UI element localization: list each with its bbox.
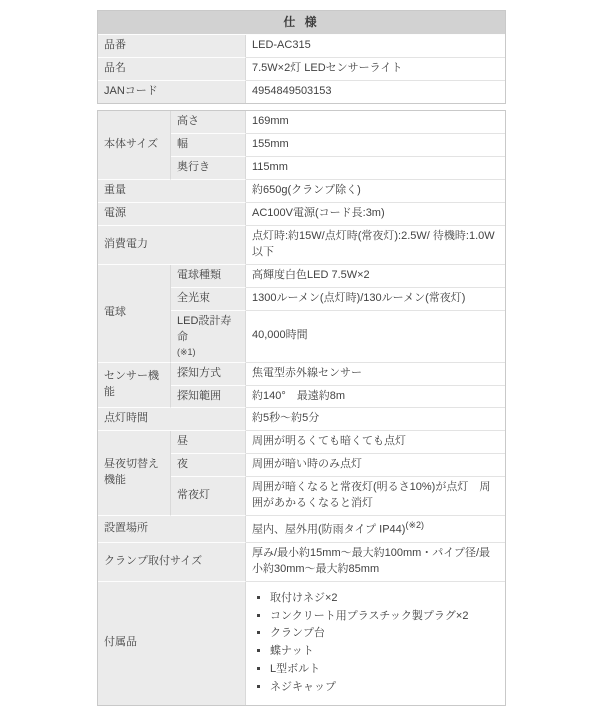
table-row: 点灯時間 約5秒〜約5分: [98, 408, 505, 431]
table-row: 品名 7.5W×2灯 LEDセンサーライト: [98, 58, 505, 81]
row-label-clamp-size: クランプ取付サイズ: [98, 543, 246, 582]
spec-summary-table: 仕 様 品番 LED-AC315 品名 7.5W×2灯 LEDセンサーライト J…: [97, 10, 506, 104]
table-row: クランプ取付サイズ 厚み/最小約15mm〜最大約100mm・パイプ径/最小約30…: [98, 543, 505, 582]
table-row: センサー機能 探知方式 焦電型赤外線センサー: [98, 363, 505, 386]
spec-title: 仕 様: [98, 11, 505, 35]
group-label-body-size: 本体サイズ: [98, 111, 171, 180]
group-label-sensor: センサー機能: [98, 363, 171, 409]
table-row: 付属品 取付けネジ×2 コンクリート用プラスチック製プラグ×2 クランプ台 蝶ナ…: [98, 582, 505, 600]
location-footnote-ref: (※2): [405, 520, 424, 530]
value-day-mode: 周囲が明るくても暗くても点灯: [246, 431, 505, 454]
row-value-product-name: 7.5W×2灯 LEDセンサーライト: [246, 58, 505, 81]
sub-label-luminous-flux: 全光束: [171, 288, 246, 311]
accessory-item: 取付けネジ×2: [270, 591, 499, 600]
value-width: 155mm: [246, 134, 505, 157]
row-value-accessories: 取付けネジ×2 コンクリート用プラスチック製プラグ×2 クランプ台 蝶ナット L…: [246, 582, 505, 600]
row-label-accessories: 付属品: [98, 582, 246, 600]
table-row: 品番 LED-AC315: [98, 35, 505, 58]
led-lifetime-label-text: LED設計寿命: [177, 315, 231, 343]
row-label-location: 設置場所: [98, 516, 246, 543]
sub-label-width: 幅: [171, 134, 246, 157]
table-row: 設置場所 屋内、屋外用(防雨タイプ IP44)(※2): [98, 516, 505, 543]
row-label-jan-code: JANコード: [98, 81, 246, 103]
sub-label-height: 高さ: [171, 111, 246, 134]
row-label-product-number: 品番: [98, 35, 246, 58]
sub-label-nightlight-mode: 常夜灯: [171, 477, 246, 516]
row-value-light-time: 約5秒〜約5分: [246, 408, 505, 431]
row-value-jan-code: 4954849503153: [246, 81, 505, 103]
sub-label-night-mode: 夜: [171, 454, 246, 477]
value-nightlight-mode: 周囲が暗くなると常夜灯(明るさ10%)が点灯 周囲があかるくなると消灯: [246, 477, 505, 516]
row-value-weight: 約650g(クランプ除く): [246, 180, 505, 203]
led-lifetime-footnote-ref: (※1): [177, 346, 239, 359]
row-label-power: 電源: [98, 203, 246, 226]
spec-detail-table: 本体サイズ 高さ 169mm 幅 155mm 奥行き 115mm 重量 約650…: [97, 110, 506, 600]
value-night-mode: 周囲が暗い時のみ点灯: [246, 454, 505, 477]
row-value-product-number: LED-AC315: [246, 35, 505, 58]
value-detection-method: 焦電型赤外線センサー: [246, 363, 505, 386]
table-row: 昼夜切替え機能 昼 周囲が明るくても暗くても点灯: [98, 431, 505, 454]
sub-label-led-lifetime: LED設計寿命 (※1): [171, 311, 246, 363]
row-label-weight: 重量: [98, 180, 246, 203]
row-label-consumption: 消費電力: [98, 226, 246, 265]
value-detection-range: 約140° 最遠約8m: [246, 386, 505, 409]
row-label-product-name: 品名: [98, 58, 246, 81]
row-value-location: 屋内、屋外用(防雨タイプ IP44)(※2): [246, 516, 505, 543]
group-label-bulb: 電球: [98, 265, 171, 363]
value-height: 169mm: [246, 111, 505, 134]
table-row: 消費電力 点灯時:約15W/点灯時(常夜灯):2.5W/ 待機時:1.0W以下: [98, 226, 505, 265]
value-led-lifetime: 40,000時間: [246, 311, 505, 363]
table-row: 本体サイズ 高さ 169mm: [98, 111, 505, 134]
table-row: 電源 AC100V電源(コード長:3m): [98, 203, 505, 226]
row-value-consumption: 点灯時:約15W/点灯時(常夜灯):2.5W/ 待機時:1.0W以下: [246, 226, 505, 265]
value-bulb-type: 高輝度白色LED 7.5W×2: [246, 265, 505, 288]
location-value-text: 屋内、屋外用(防雨タイプ IP44): [252, 524, 405, 536]
sub-label-detection-range: 探知範囲: [171, 386, 246, 409]
sub-label-detection-method: 探知方式: [171, 363, 246, 386]
row-label-light-time: 点灯時間: [98, 408, 246, 431]
sub-label-depth: 奥行き: [171, 157, 246, 180]
row-value-power: AC100V電源(コード長:3m): [246, 203, 505, 226]
value-luminous-flux: 1300ルーメン(点灯時)/130ルーメン(常夜灯): [246, 288, 505, 311]
table-row: JANコード 4954849503153: [98, 81, 505, 103]
group-label-day-night: 昼夜切替え機能: [98, 431, 171, 516]
table-row: 重量 約650g(クランプ除く): [98, 180, 505, 203]
row-value-clamp-size: 厚み/最小約15mm〜最大約100mm・パイプ径/最小約30mm〜最大約85mm: [246, 543, 505, 582]
sub-label-day-mode: 昼: [171, 431, 246, 454]
table-row: 電球 電球種類 高輝度白色LED 7.5W×2: [98, 265, 505, 288]
accessories-list: 取付けネジ×2 コンクリート用プラスチック製プラグ×2 クランプ台 蝶ナット L…: [254, 591, 499, 600]
sub-label-bulb-type: 電球種類: [171, 265, 246, 288]
spec-section: 仕 様 品番 LED-AC315 品名 7.5W×2灯 LEDセンサーライト J…: [97, 10, 506, 600]
value-depth: 115mm: [246, 157, 505, 180]
